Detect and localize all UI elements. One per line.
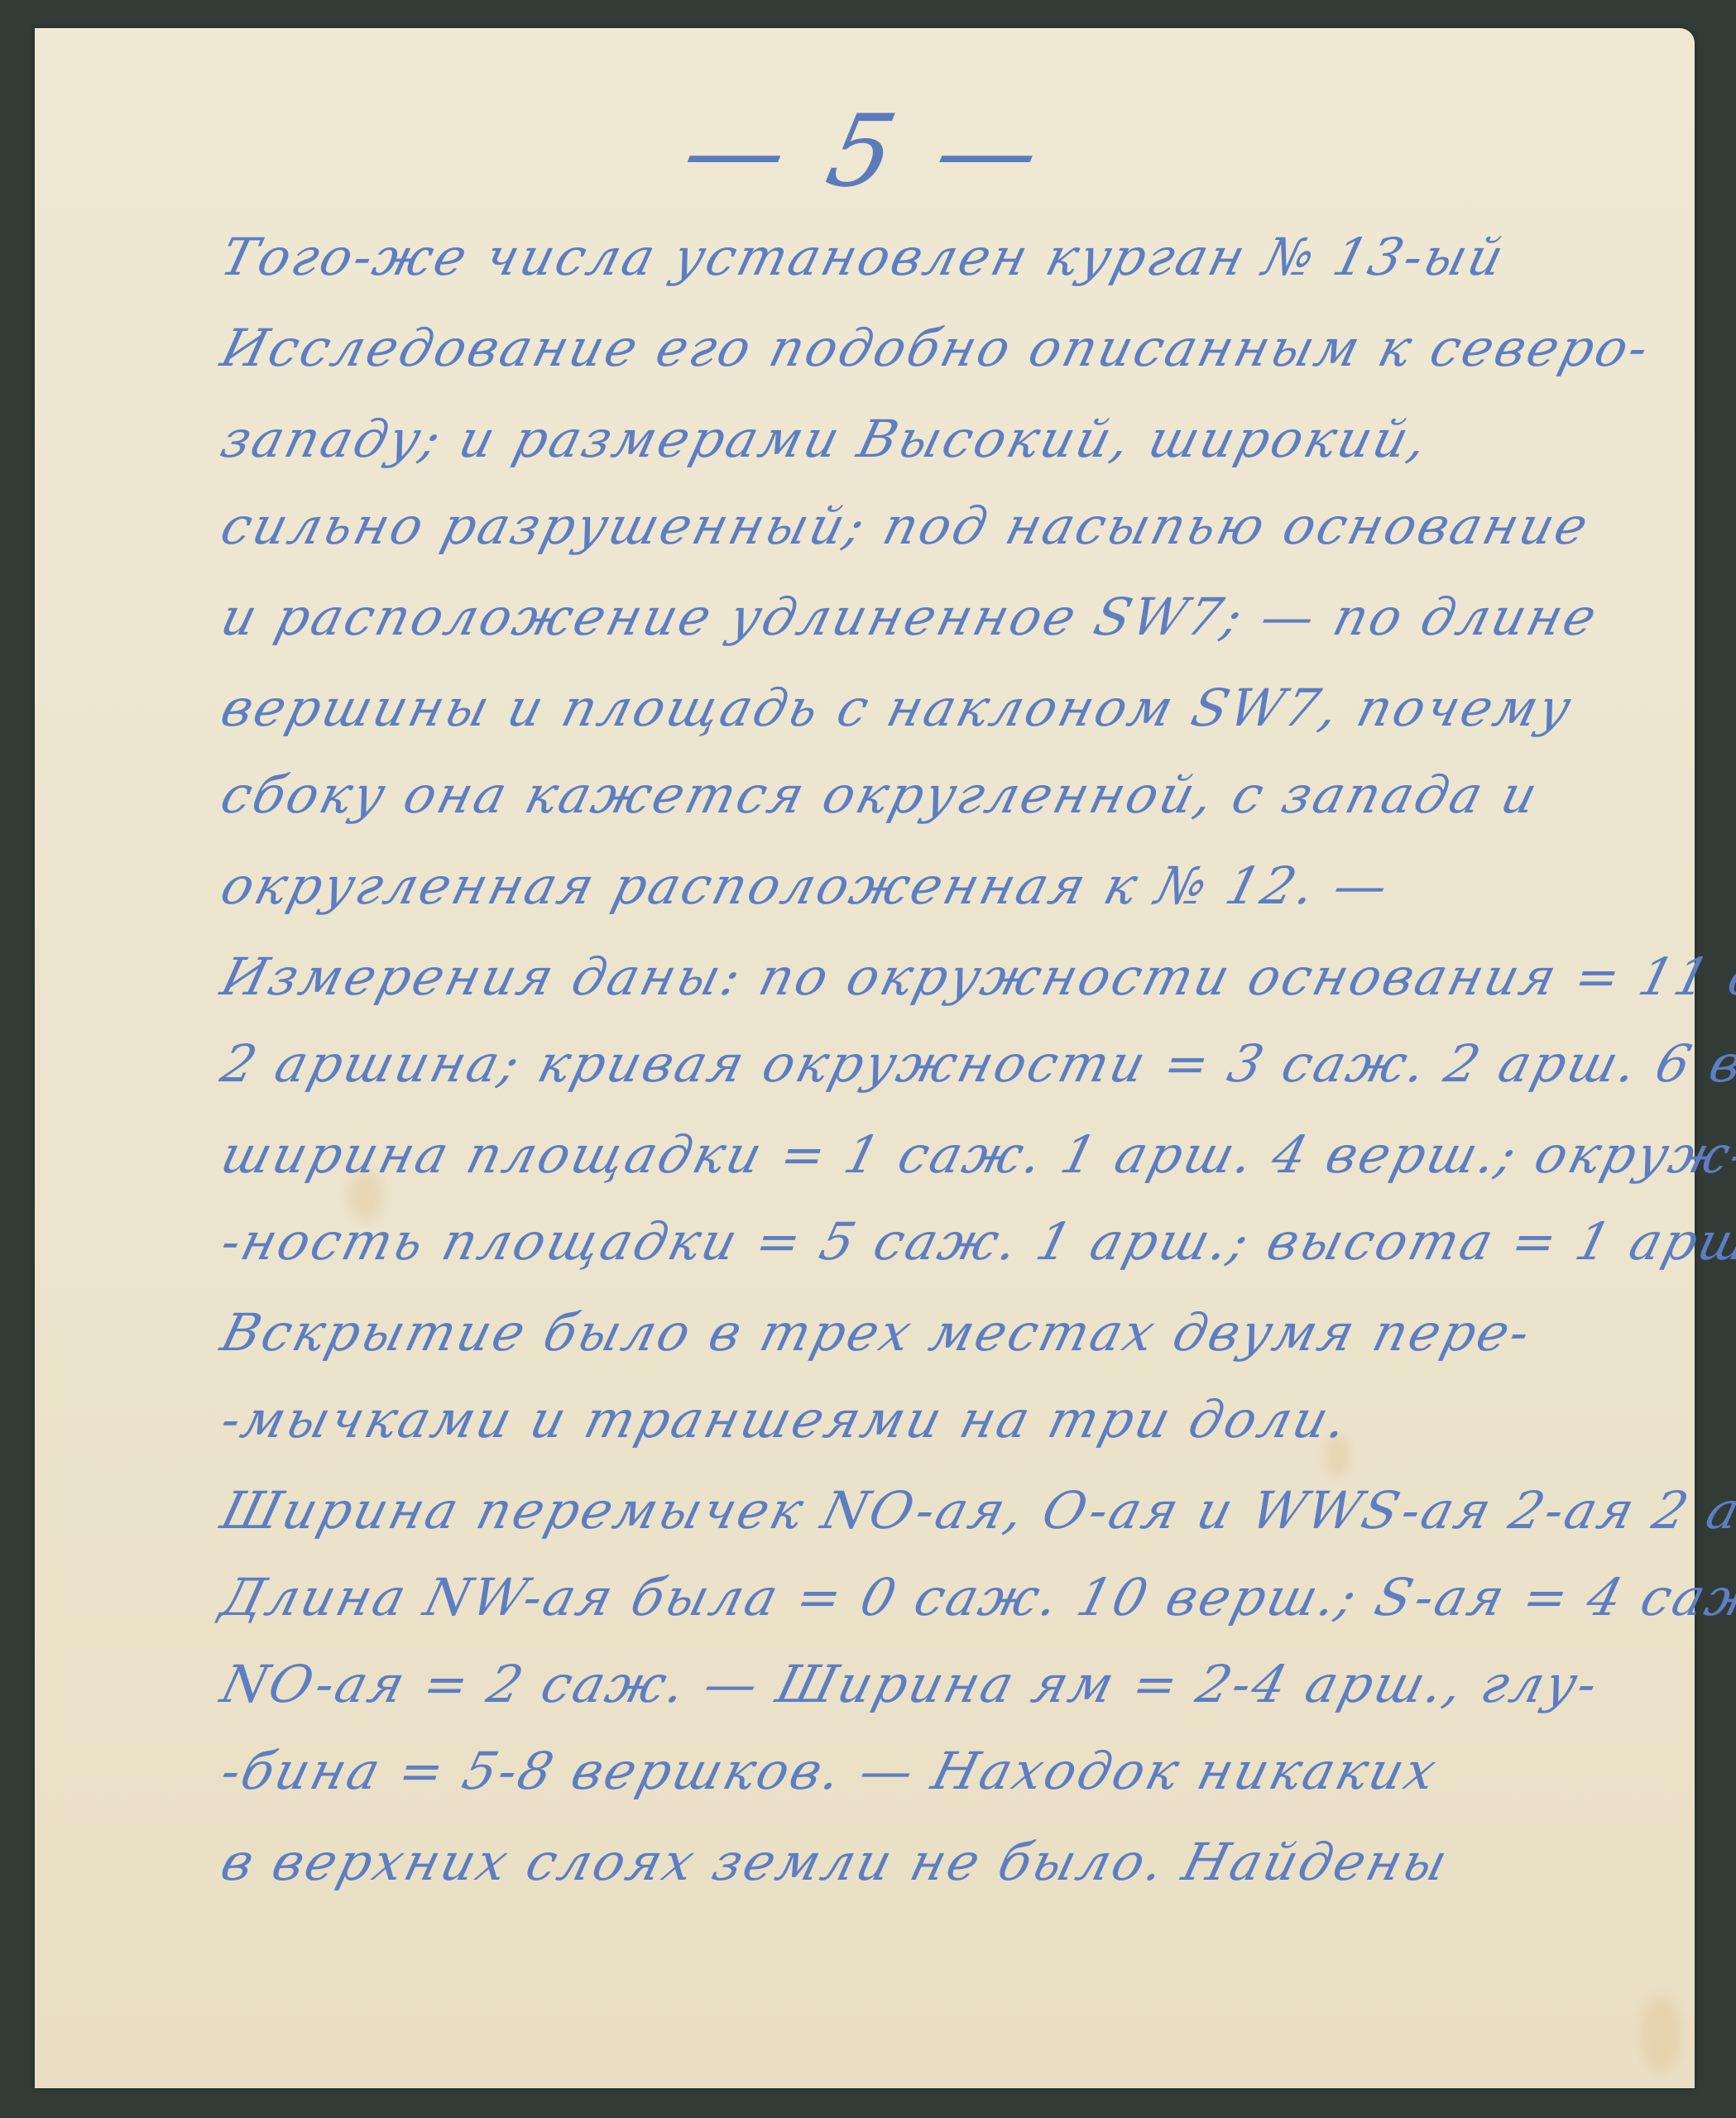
- text-line: западу; и размерами Высокий, широкий,: [215, 409, 1728, 469]
- text-line: -ность площадки = 5 саж. 1 арш.; высота …: [215, 1211, 1728, 1272]
- paper-stain: [1640, 1997, 1681, 2072]
- text-line: NO-ая = 2 саж. — Ширина ям = 2-4 арш., г…: [215, 1654, 1728, 1714]
- manuscript-page: — 5 — Того-же числа установлен курган № …: [35, 28, 1695, 2088]
- text-line: ширина площадки = 1 саж. 1 арш. 4 верш.;…: [215, 1124, 1728, 1185]
- text-line: Измерения даны: по окружности основания …: [215, 946, 1728, 1007]
- text-line: Того-же числа установлен курган № 13-ый: [215, 227, 1728, 287]
- text-line: Исследование его подобно описанным к сев…: [215, 318, 1728, 378]
- text-line: в верхних слоях земли не было. Найдены: [215, 1832, 1728, 1892]
- text-line: вершины и площадь с наклоном SW7, почему: [215, 678, 1728, 738]
- text-line: Ширина перемычек NO-ая, O-ая и WWS-ая 2-…: [215, 1480, 1728, 1541]
- text-line: округленная расположенная к № 12. —: [215, 855, 1728, 916]
- text-line: Вскрытие было в трех местах двумя пере-: [215, 1302, 1728, 1363]
- text-line: Длина NW-ая была = 0 саж. 10 верш.; S-ая…: [215, 1567, 1728, 1627]
- text-line: и расположение удлиненное SW7; — по длин…: [215, 587, 1728, 647]
- text-line: 2 аршина; кривая окружности = 3 саж. 2 а…: [215, 1033, 1728, 1094]
- page-number: — 5 —: [22, 94, 1707, 209]
- text-line: -бина = 5-8 вершков. — Находок никаких: [215, 1741, 1728, 1801]
- text-line: сбоку она кажется округленной, с запада …: [215, 764, 1728, 825]
- text-line: -мычками и траншеями на три доли.: [215, 1389, 1728, 1450]
- text-line: сильно разрушенный; под насыпью основани…: [215, 496, 1728, 556]
